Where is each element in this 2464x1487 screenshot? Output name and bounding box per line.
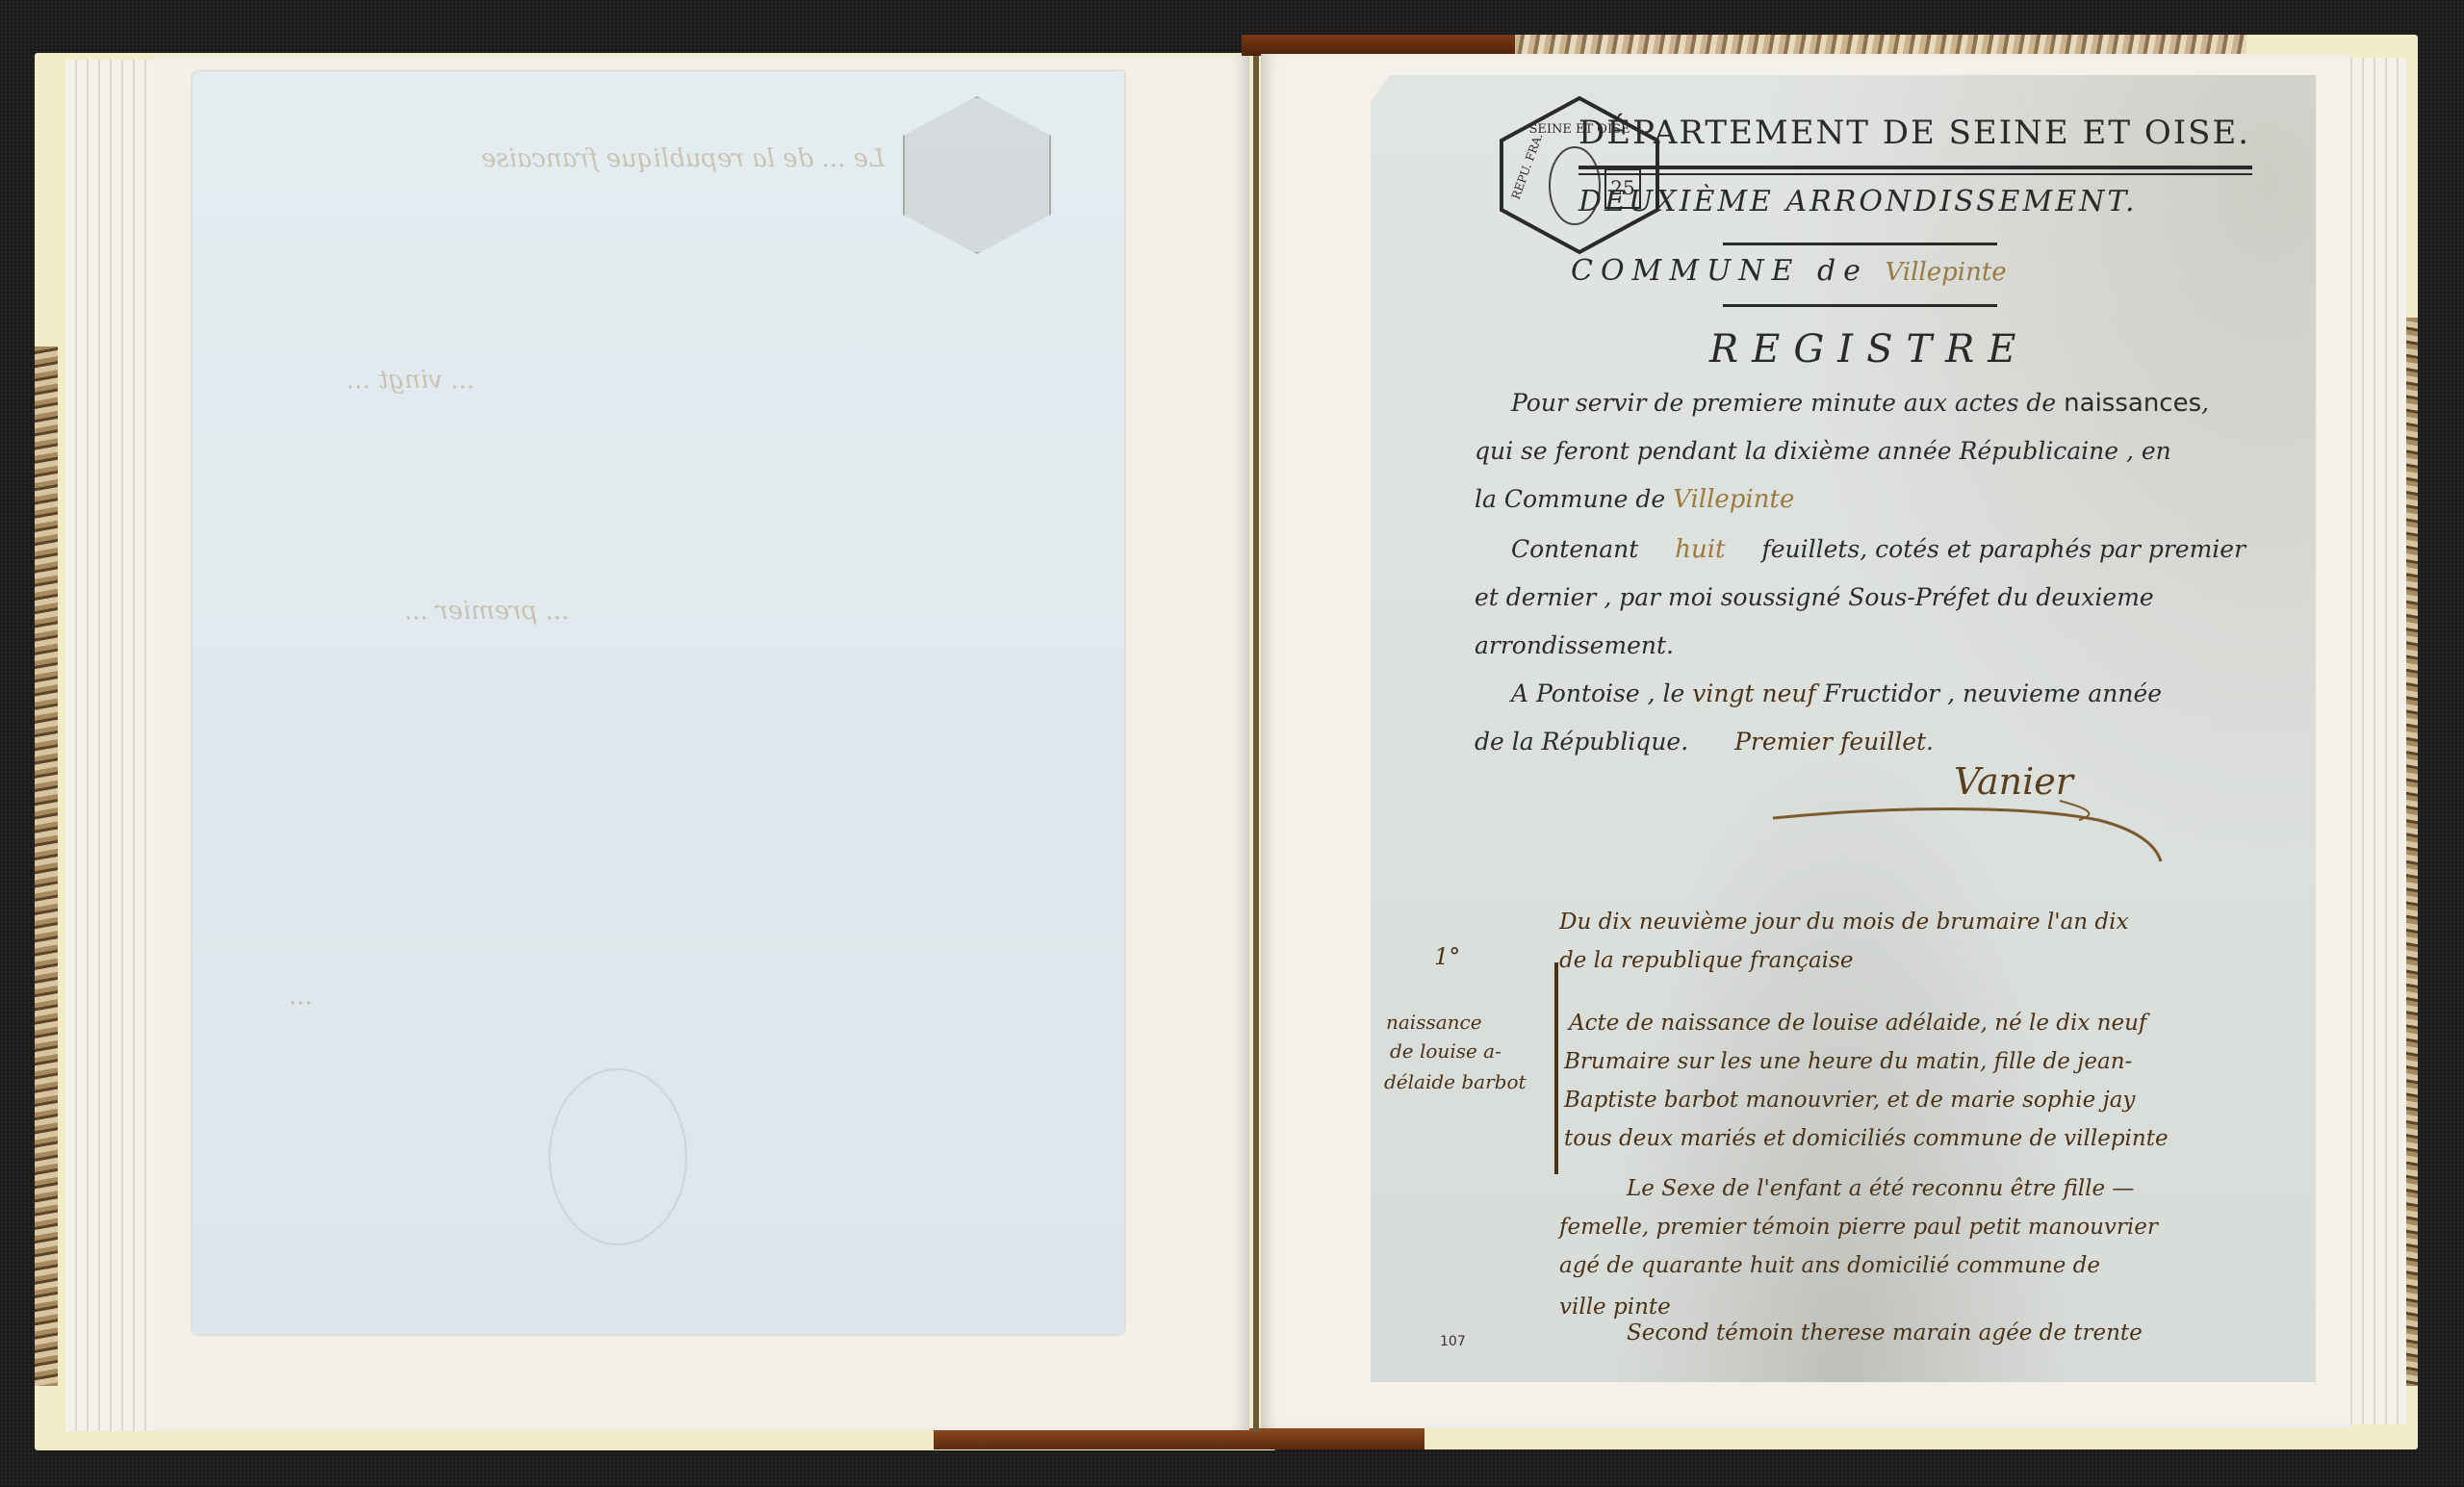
rule	[1723, 243, 1997, 245]
entry-body-line: Brumaire sur les une heure du matin, fil…	[1564, 1049, 2132, 1074]
marbled-endpaper-top	[1515, 35, 2246, 56]
commune-name: Villepinte	[1885, 258, 2006, 287]
preamble-line-3: la Commune de Villepinte	[1475, 485, 1794, 514]
preamble-line-7: A Pontoise , le vingt neuf Fructidor , n…	[1511, 679, 2162, 707]
margin-note-line: naissance	[1386, 1011, 1482, 1034]
signature-flourish-icon	[1771, 789, 2175, 866]
double-rule	[1578, 173, 2252, 175]
preamble-line-2: qui se feront pendant la dixième année R…	[1475, 437, 2171, 465]
marbled-edge-left	[35, 346, 58, 1386]
preamble-line-5: et dernier , par moi soussigné Sous-Préf…	[1475, 583, 2154, 611]
entry-bracket	[1554, 962, 1558, 1174]
commune-name-ink: Villepinte	[1673, 485, 1794, 514]
folio-number: 107	[1440, 1334, 1466, 1349]
margin-note-line: délaide barbot	[1384, 1070, 1527, 1093]
double-rule	[1578, 166, 2252, 169]
entry-body-line: agé de quarante huit ans domicilié commu…	[1559, 1253, 2100, 1278]
entry-body-line: femelle, premier témoin pierre paul peti…	[1559, 1215, 2158, 1240]
seal-ghost-icon	[549, 1068, 687, 1245]
preamble-text: de la République.	[1475, 728, 1688, 756]
preamble-text: Contenant	[1511, 535, 1638, 563]
entry-body-line: ville pinte	[1559, 1295, 1671, 1320]
svg-text:REPU. FRA.: REPU. FRA.	[1509, 131, 1546, 201]
preamble-line-8: de la République. Premier feuillet.	[1475, 728, 1934, 756]
leaf-count: huit	[1675, 535, 1725, 564]
preamble-line-4: Contenant huit feuillets, cotés et parap…	[1511, 535, 2246, 564]
entry-body-line: Baptiste barbot manouvrier, et de marie …	[1564, 1088, 2135, 1113]
preamble-line-1: Pour servir de premiere minute aux actes…	[1511, 389, 2209, 418]
rule	[1723, 304, 1997, 307]
preamble-line-6: arrondissement.	[1475, 631, 1674, 659]
entry-header-line: Du dix neuvième jour du mois de brumaire…	[1559, 910, 2128, 935]
preamble-text: feuillets, cotés et paraphés par premier	[1761, 535, 2246, 563]
date-ink: vingt neuf	[1692, 679, 1815, 707]
entry-header-line: de la republique française	[1559, 948, 1853, 973]
bleed-through-line: ... vingt ...	[346, 366, 475, 395]
department-heading: DÉPARTEMENT DE SEINE ET OISE.	[1578, 114, 2250, 152]
entry-number: 1°	[1434, 943, 1460, 970]
spine-leather-bottom	[934, 1428, 1424, 1449]
leaf-annotation: Premier feuillet.	[1734, 728, 1934, 756]
entry-body-line: tous deux mariés et domiciliés commune d…	[1564, 1126, 2169, 1151]
preamble-text: Fructidor , neuvieme année	[1824, 679, 2162, 707]
book-gutter	[1253, 56, 1259, 1432]
register-title: REGISTRE	[1709, 327, 2029, 372]
spine-leather-top	[1242, 35, 1559, 56]
preamble-text: A Pontoise , le	[1511, 679, 1684, 707]
entry-body-line: Second témoin therese marain agée de tre…	[1627, 1320, 2143, 1346]
entry-body-line: Le Sexe de l'enfant a été reconnu être f…	[1627, 1176, 2134, 1201]
record-type: naissances	[2064, 389, 2201, 418]
punct: ,	[2201, 389, 2209, 417]
margin-note-line: de louise a-	[1390, 1039, 1501, 1063]
entry-body-line: Acte de naissance de louise adélaide, né…	[1569, 1011, 2146, 1036]
preamble-text: Pour servir de premiere minute aux actes…	[1511, 389, 2056, 417]
arrondissement-heading: DEUXIÈME ARRONDISSEMENT.	[1578, 185, 2138, 218]
bleed-through-line: Le ... de la republique francaise	[481, 144, 885, 173]
page-stack-left	[65, 60, 162, 1431]
bleed-through-line: ...	[289, 982, 313, 1011]
commune-label: COMMUNE de	[1571, 254, 1868, 288]
preamble-text: la Commune de	[1475, 485, 1665, 513]
commune-line: COMMUNE de Villepinte	[1571, 254, 2007, 288]
bleed-through-line: ... premier ...	[404, 597, 569, 626]
